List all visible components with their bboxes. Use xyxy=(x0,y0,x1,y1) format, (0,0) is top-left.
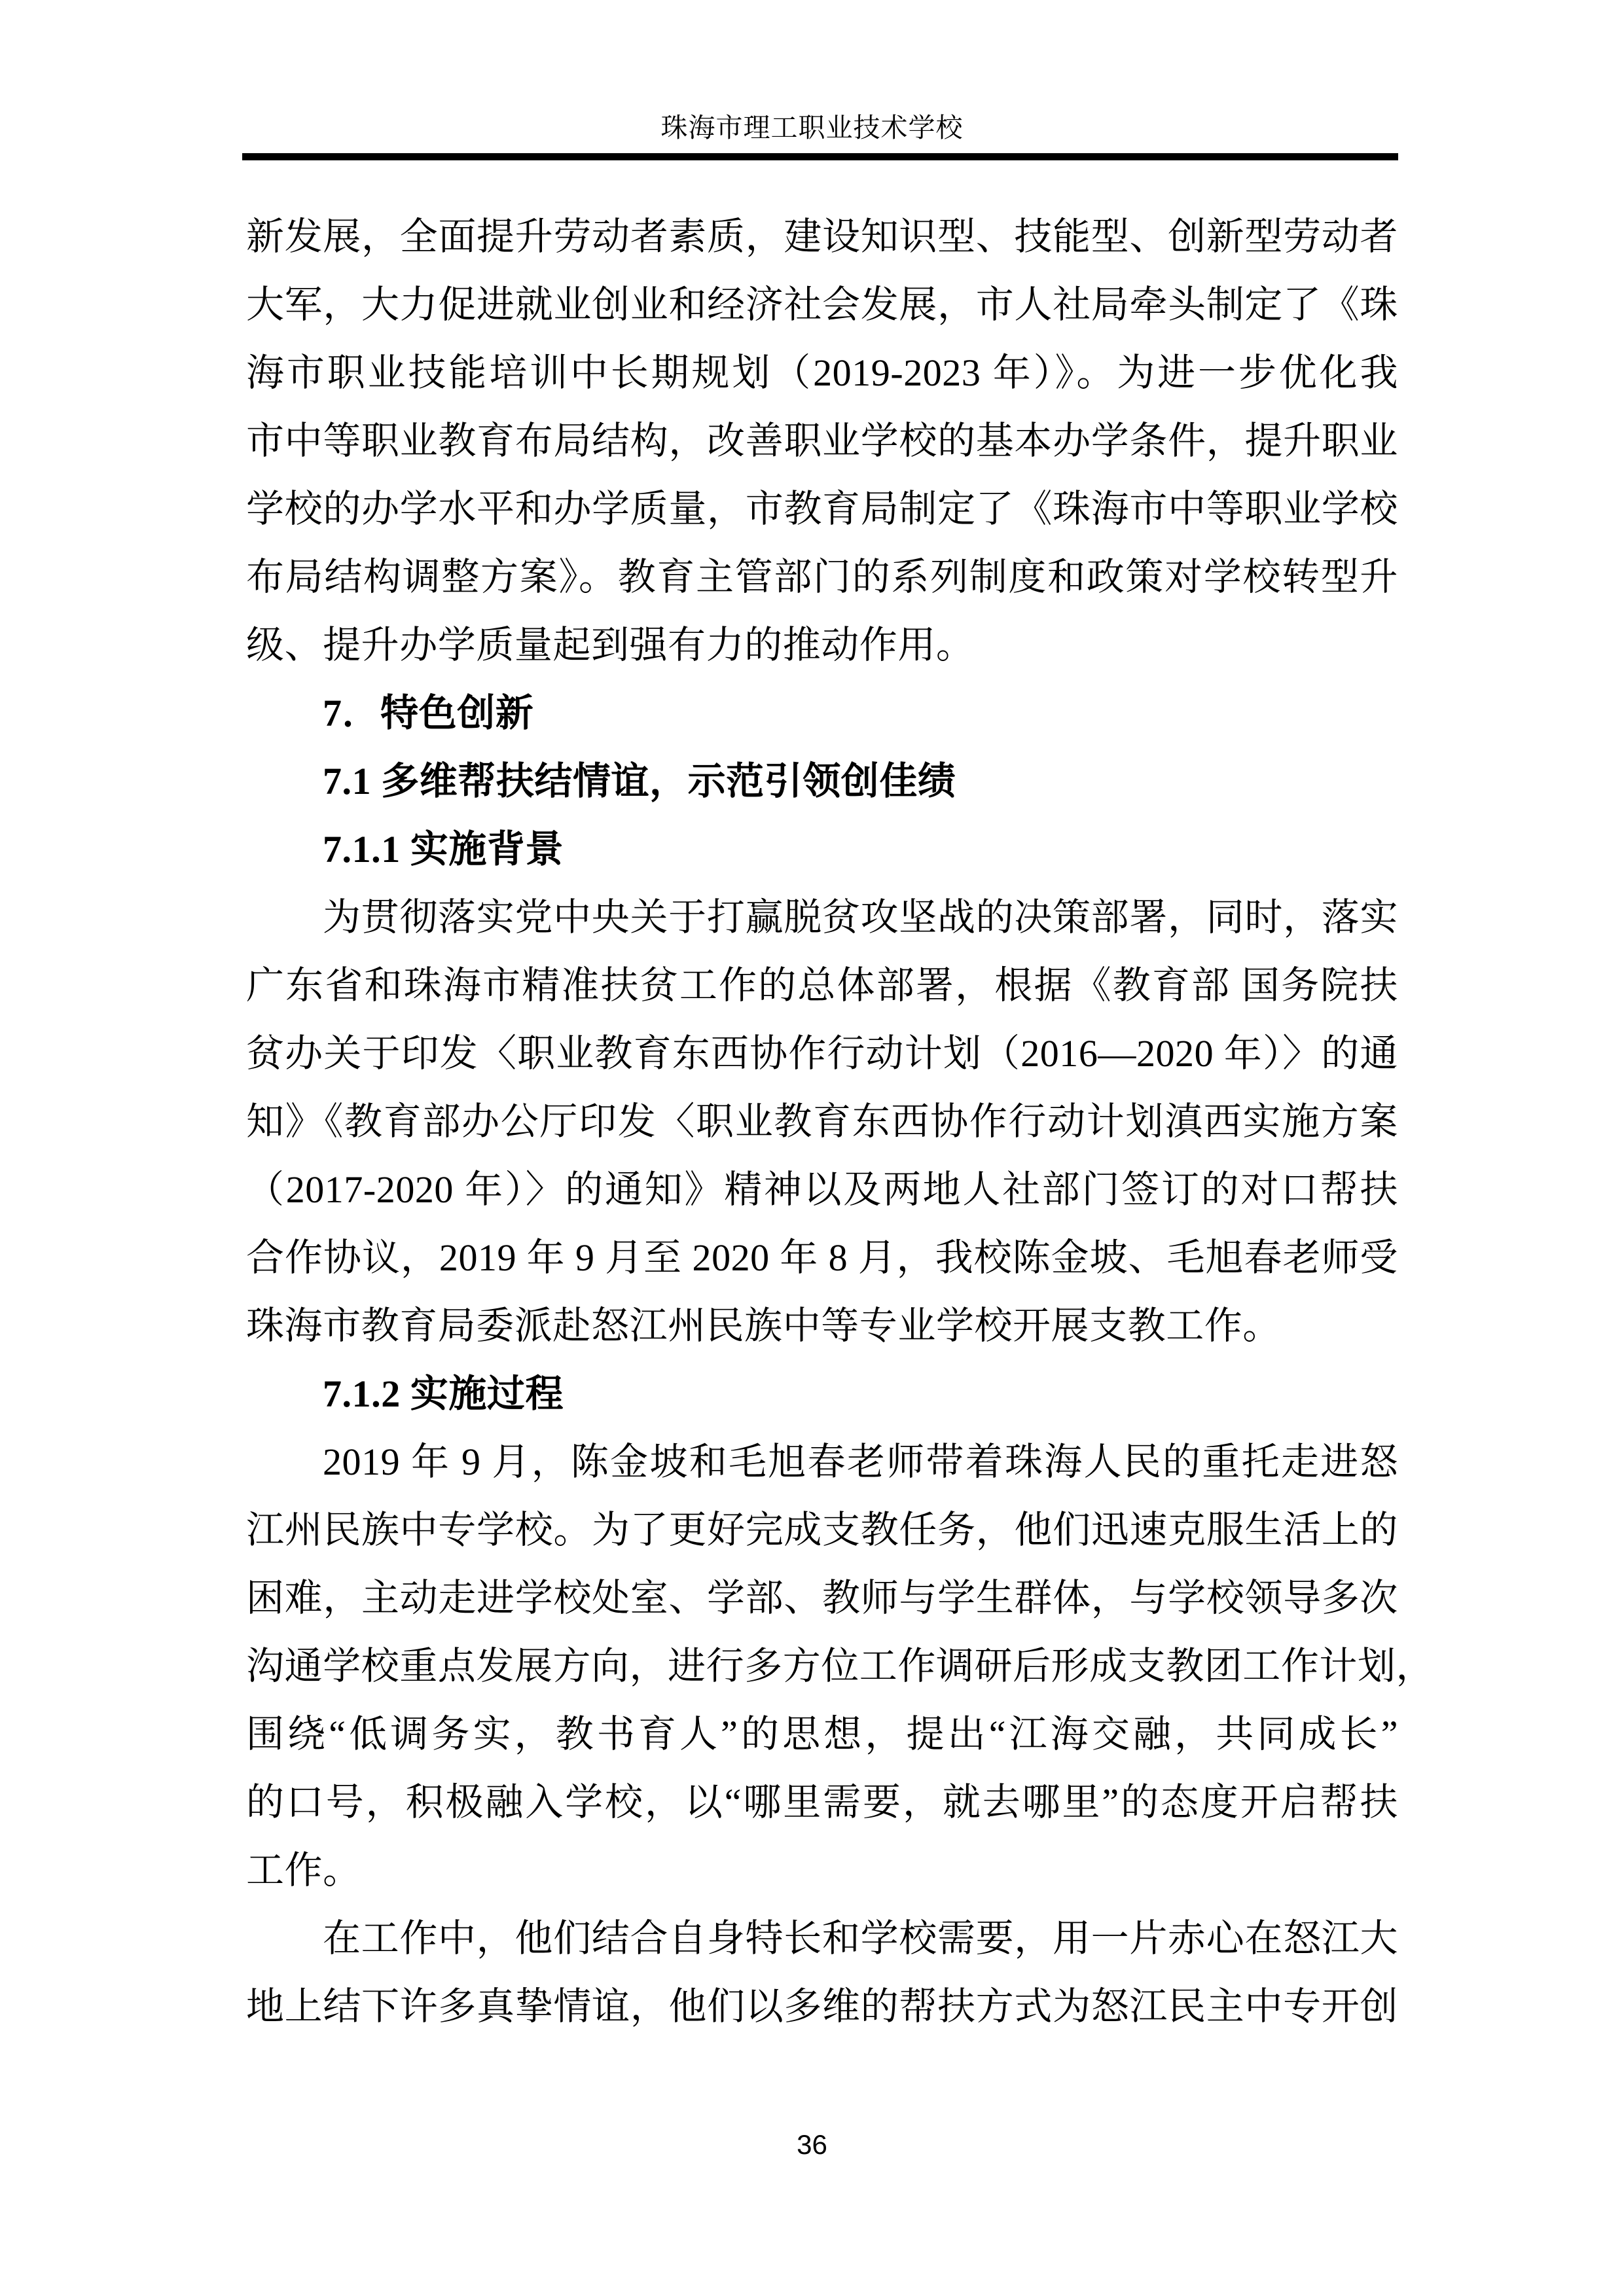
page-footer: 36 xyxy=(0,2128,1624,2161)
document-page: 珠海市理工职业技术学校 新发展，全面提升劳动者素质，建设知识型、技能型、创新型劳… xyxy=(0,0,1624,2296)
body-text-line: （2017-2020 年）〉的通知》精神以及两地人社部门签订的对口帮扶 xyxy=(246,1156,1398,1224)
header-title: 珠海市理工职业技术学校 xyxy=(0,111,1624,144)
section-heading: 7.1.1 实施背景 xyxy=(246,816,1398,884)
body-text-line: 知》《教育部办公厅印发〈职业教育东西协作行动计划滇西实施方案 xyxy=(246,1088,1398,1156)
body-text-line: 学校的办学水平和办学质量，市教育局制定了《珠海市中等职业学校 xyxy=(246,475,1398,543)
body-text-line: 工作。 xyxy=(246,1837,1398,1905)
section-heading: 7.1 多维帮扶结情谊，示范引领创佳绩 xyxy=(246,747,1398,816)
body-text-line: 大军，大力促进就业创业和经济社会发展，市人社局牵头制定了《珠 xyxy=(246,271,1398,339)
body-text-line: 珠海市教育局委派赴怒江州民族中等专业学校开展支教工作。 xyxy=(246,1292,1398,1360)
body-text-line: 围绕“低调务实，教书育人”的思想，提出“江海交融，共同成长” xyxy=(246,1700,1398,1768)
body-text-line: 合作协议，2019 年 9 月至 2020 年 8 月，我校陈金坡、毛旭春老师受 xyxy=(246,1224,1398,1292)
body-text-line: 市中等职业教育布局结构，改善职业学校的基本办学条件，提升职业 xyxy=(246,407,1398,475)
body-text-line: 困难，主动走进学校处室、学部、教师与学生群体，与学校领导多次 xyxy=(246,1564,1398,1632)
document-body: 新发展，全面提升劳动者素质，建设知识型、技能型、创新型劳动者大军，大力促进就业创… xyxy=(246,203,1398,2041)
body-text-line: 地上结下许多真挚情谊，他们以多维的帮扶方式为怒江民主中专开创 xyxy=(246,1973,1398,2041)
body-text-line: 江州民族中专学校。为了更好完成支教任务，他们迅速克服生活上的 xyxy=(246,1496,1398,1564)
page-number: 36 xyxy=(797,2129,827,2160)
body-text-line: 在工作中，他们结合自身特长和学校需要，用一片赤心在怒江大 xyxy=(246,1905,1398,1973)
section-heading: 7．特色创新 xyxy=(246,679,1398,747)
header-rule xyxy=(242,153,1398,160)
body-text-line: 广东省和珠海市精准扶贫工作的总体部署，根据《教育部 国务院扶 xyxy=(246,952,1398,1020)
body-text-line: 贫办关于印发〈职业教育东西协作行动计划（2016—2020 年）〉的通 xyxy=(246,1020,1398,1088)
body-text-line: 2019 年 9 月，陈金坡和毛旭春老师带着珠海人民的重托走进怒 xyxy=(246,1428,1398,1496)
body-text-line: 级、提升办学质量起到强有力的推动作用。 xyxy=(246,611,1398,679)
body-text-line: 布局结构调整方案》。教育主管部门的系列制度和政策对学校转型升 xyxy=(246,543,1398,611)
body-text-line: 的口号，积极融入学校，以“哪里需要，就去哪里”的态度开启帮扶 xyxy=(246,1768,1398,1837)
body-text-line: 沟通学校重点发展方向，进行多方位工作调研后形成支教团工作计划， xyxy=(246,1632,1398,1700)
body-text-line: 海市职业技能培训中长期规划（2019-2023 年）》。为进一步优化我 xyxy=(246,339,1398,407)
section-heading: 7.1.2 实施过程 xyxy=(246,1360,1398,1428)
body-text-line: 新发展，全面提升劳动者素质，建设知识型、技能型、创新型劳动者 xyxy=(246,203,1398,271)
body-text-line: 为贯彻落实党中央关于打赢脱贫攻坚战的决策部署，同时，落实 xyxy=(246,884,1398,952)
